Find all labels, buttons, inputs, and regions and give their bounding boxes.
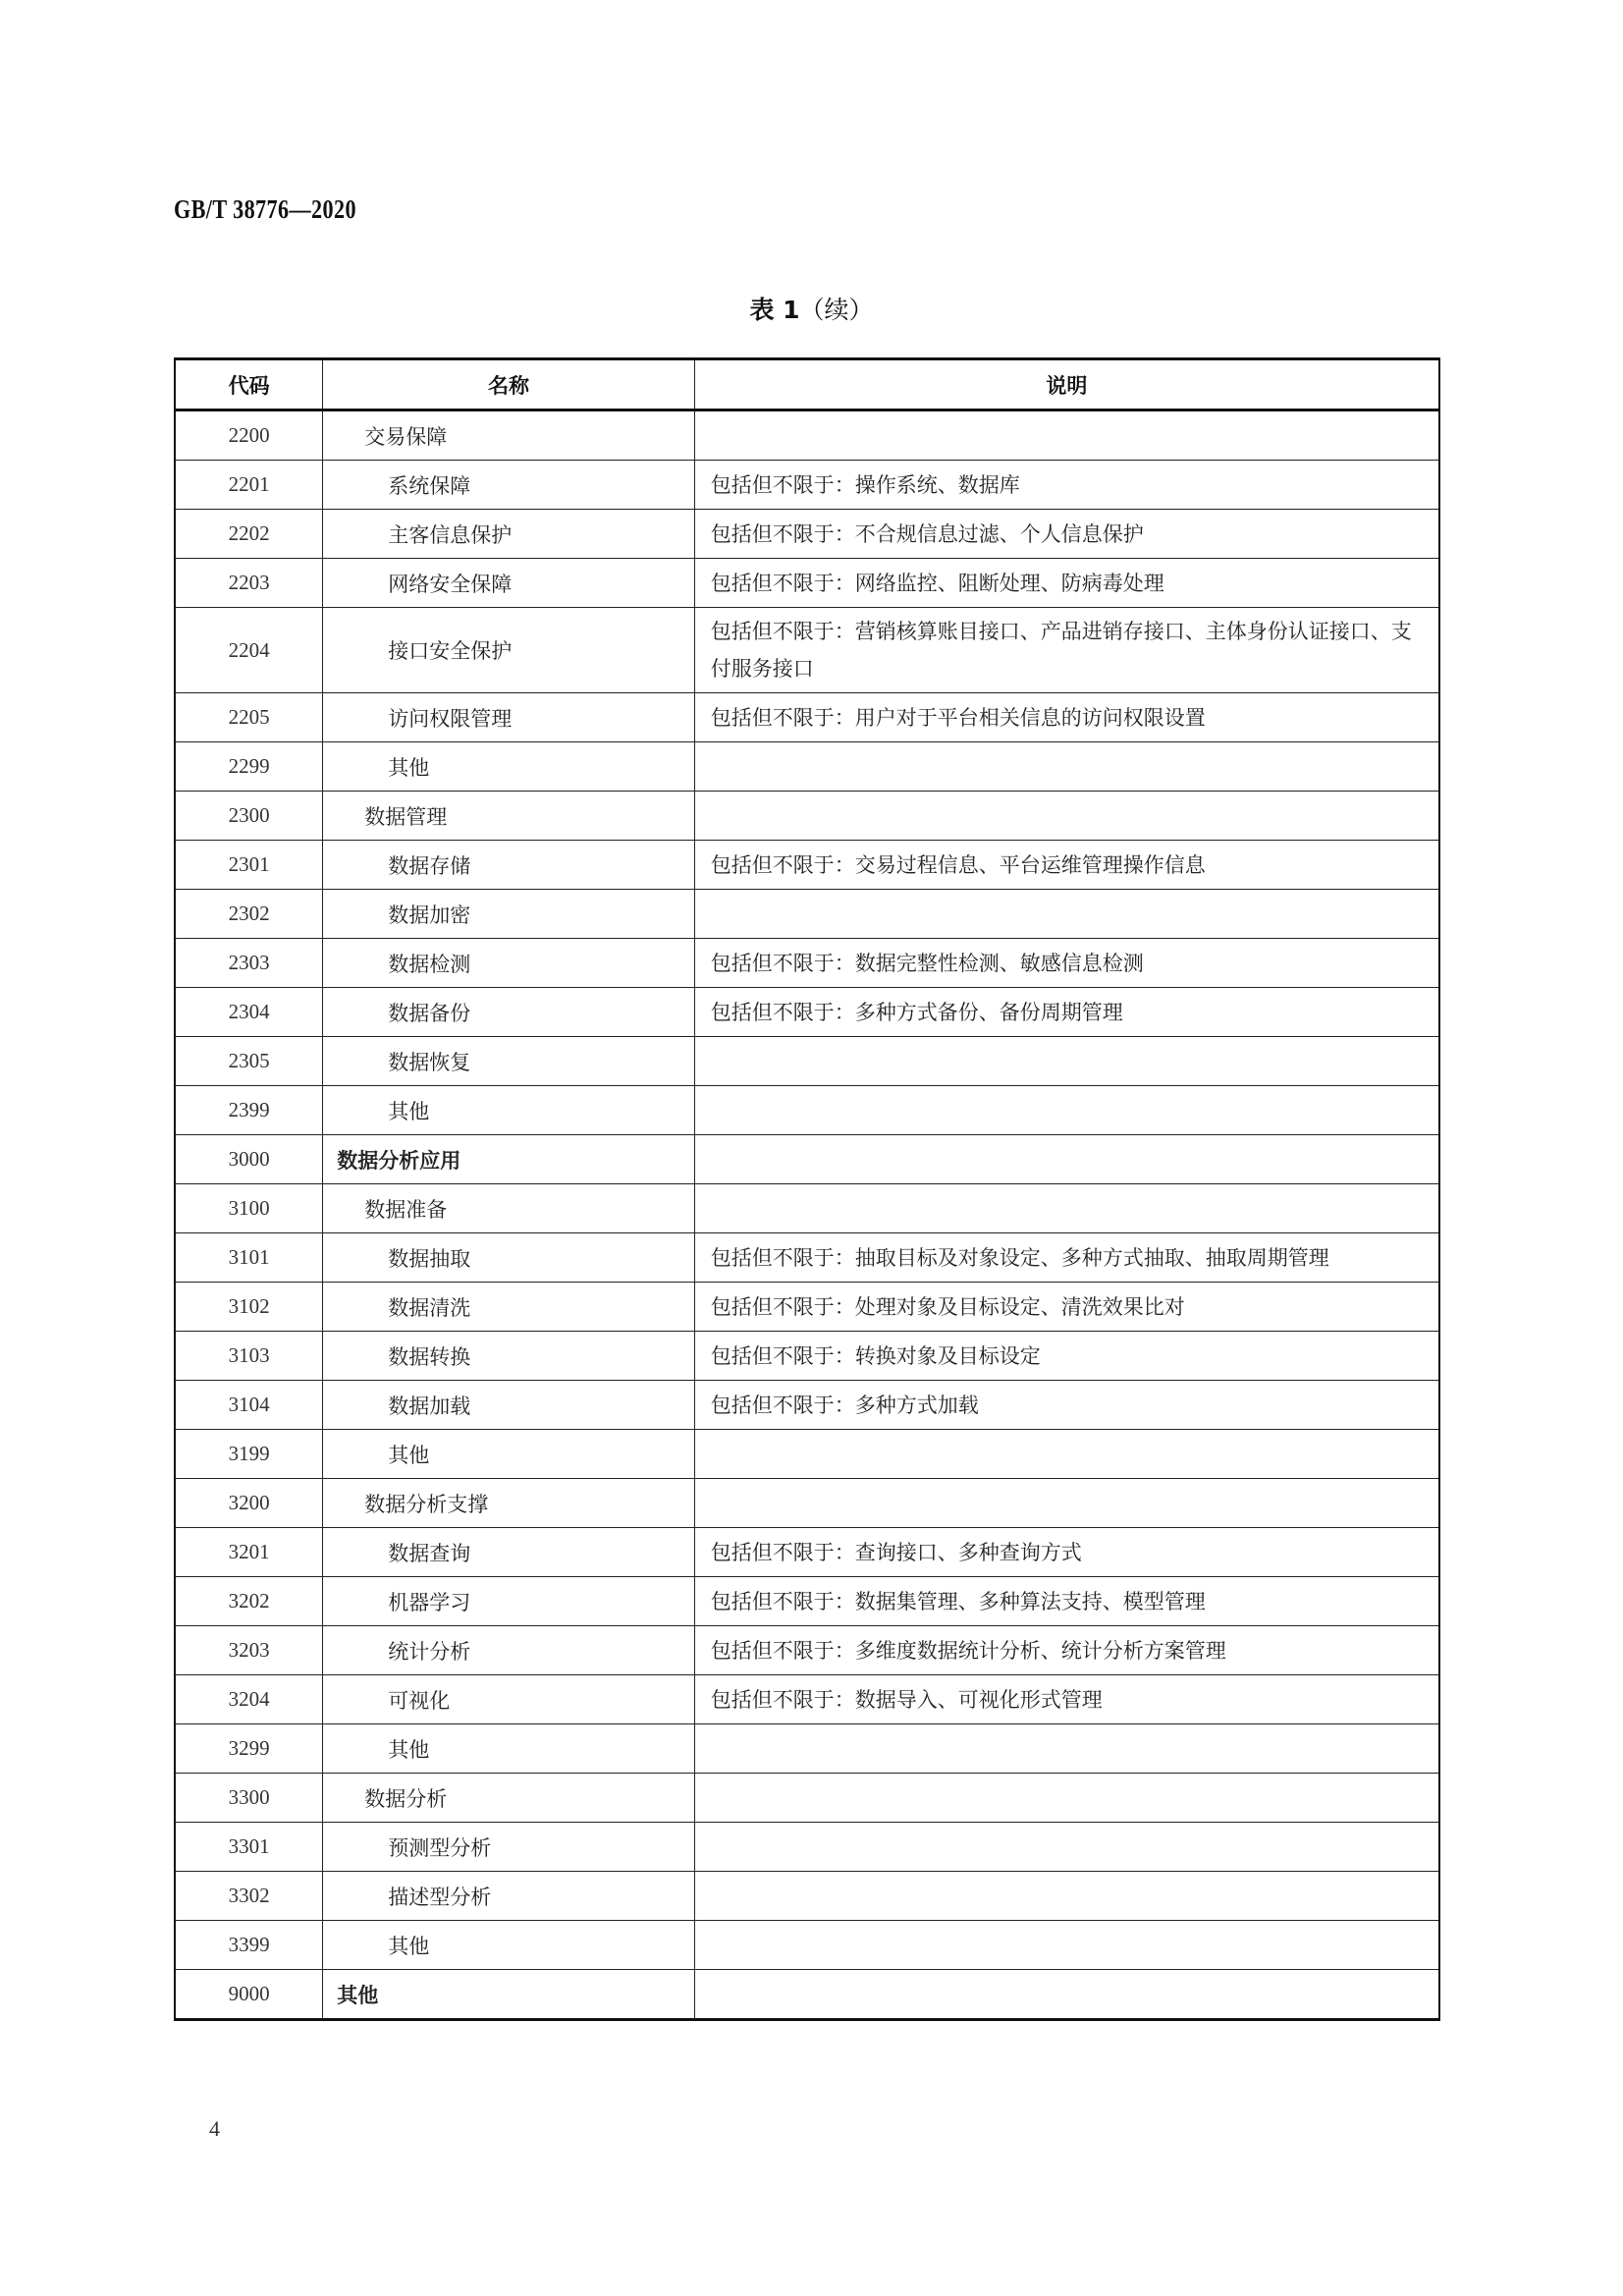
table-row: 3101数据抽取包括但不限于：抽取目标及对象设定、多种方式抽取、抽取周期管理 — [175, 1233, 1439, 1283]
row-description — [694, 1774, 1439, 1823]
table-row: 3100数据准备 — [175, 1184, 1439, 1233]
row-name: 数据分析支撑 — [323, 1479, 694, 1528]
row-description: 包括但不限于：数据导入、可视化形式管理 — [694, 1675, 1439, 1724]
row-description — [694, 742, 1439, 792]
row-name: 其他 — [323, 742, 694, 792]
row-name: 系统保障 — [323, 461, 694, 510]
table-row: 2202主客信息保护包括但不限于：不合规信息过滤、个人信息保护 — [175, 510, 1439, 559]
row-description — [694, 1037, 1439, 1086]
row-code: 2399 — [175, 1086, 323, 1135]
table-row: 3104数据加载包括但不限于：多种方式加载 — [175, 1381, 1439, 1430]
row-name: 数据加载 — [323, 1381, 694, 1430]
column-header-name: 名称 — [323, 359, 694, 410]
row-name: 数据存储 — [323, 841, 694, 890]
row-code: 2200 — [175, 410, 323, 461]
row-code: 3203 — [175, 1626, 323, 1675]
row-name: 描述型分析 — [323, 1872, 694, 1921]
column-header-description: 说明 — [694, 359, 1439, 410]
table-row: 3103数据转换包括但不限于：转换对象及目标设定 — [175, 1332, 1439, 1381]
row-description — [694, 410, 1439, 461]
table-row: 2200交易保障 — [175, 410, 1439, 461]
row-code: 3000 — [175, 1135, 323, 1184]
row-code: 3101 — [175, 1233, 323, 1283]
table-row: 2302数据加密 — [175, 890, 1439, 939]
row-description — [694, 1872, 1439, 1921]
row-description — [694, 1823, 1439, 1872]
row-code: 3302 — [175, 1872, 323, 1921]
table-row: 3299其他 — [175, 1724, 1439, 1774]
table-title-suffix: （续） — [800, 296, 874, 324]
row-code: 2305 — [175, 1037, 323, 1086]
table-title: 表 1（续） — [0, 291, 1623, 326]
row-code: 3100 — [175, 1184, 323, 1233]
row-description — [694, 890, 1439, 939]
row-name: 其他 — [323, 1921, 694, 1970]
table-row: 2300数据管理 — [175, 792, 1439, 841]
row-name: 可视化 — [323, 1675, 694, 1724]
row-description: 包括但不限于：多种方式加载 — [694, 1381, 1439, 1430]
table-row: 2204接口安全保护包括但不限于：营销核算账目接口、产品进销存接口、主体身份认证… — [175, 608, 1439, 693]
row-name: 数据加密 — [323, 890, 694, 939]
row-code: 2204 — [175, 608, 323, 693]
row-name: 接口安全保护 — [323, 608, 694, 693]
table-row: 2299其他 — [175, 742, 1439, 792]
row-name: 数据备份 — [323, 988, 694, 1037]
row-description: 包括但不限于：查询接口、多种查询方式 — [694, 1528, 1439, 1577]
table-row: 3000数据分析应用 — [175, 1135, 1439, 1184]
row-description — [694, 1430, 1439, 1479]
row-code: 3399 — [175, 1921, 323, 1970]
table-row: 3301预测型分析 — [175, 1823, 1439, 1872]
row-name: 机器学习 — [323, 1577, 694, 1626]
row-name: 其他 — [323, 1430, 694, 1479]
column-header-code: 代码 — [175, 359, 323, 410]
row-code: 3300 — [175, 1774, 323, 1823]
row-name: 其他 — [323, 1086, 694, 1135]
row-description: 包括但不限于：数据完整性检测、敏感信息检测 — [694, 939, 1439, 988]
row-name: 数据分析应用 — [323, 1135, 694, 1184]
row-description — [694, 1086, 1439, 1135]
row-name: 数据抽取 — [323, 1233, 694, 1283]
row-description — [694, 1970, 1439, 2020]
table-row: 2303数据检测包括但不限于：数据完整性检测、敏感信息检测 — [175, 939, 1439, 988]
row-name: 数据查询 — [323, 1528, 694, 1577]
row-code: 3104 — [175, 1381, 323, 1430]
table-row: 2305数据恢复 — [175, 1037, 1439, 1086]
row-code: 3201 — [175, 1528, 323, 1577]
table-row: 2304数据备份包括但不限于：多种方式备份、备份周期管理 — [175, 988, 1439, 1037]
row-code: 2205 — [175, 693, 323, 742]
table-row: 3202机器学习包括但不限于：数据集管理、多种算法支持、模型管理 — [175, 1577, 1439, 1626]
row-code: 3204 — [175, 1675, 323, 1724]
row-description: 包括但不限于：转换对象及目标设定 — [694, 1332, 1439, 1381]
table-row: 2201系统保障包括但不限于：操作系统、数据库 — [175, 461, 1439, 510]
row-code: 3199 — [175, 1430, 323, 1479]
row-description — [694, 792, 1439, 841]
row-name: 数据管理 — [323, 792, 694, 841]
row-description: 包括但不限于：处理对象及目标设定、清洗效果比对 — [694, 1283, 1439, 1332]
row-description — [694, 1135, 1439, 1184]
page-number: 4 — [209, 2116, 220, 2142]
row-description: 包括但不限于：抽取目标及对象设定、多种方式抽取、抽取周期管理 — [694, 1233, 1439, 1283]
standard-code: GB/T 38776—2020 — [174, 194, 356, 225]
row-code: 3301 — [175, 1823, 323, 1872]
row-name: 预测型分析 — [323, 1823, 694, 1872]
row-code: 2301 — [175, 841, 323, 890]
row-name: 网络安全保障 — [323, 559, 694, 608]
row-name: 访问权限管理 — [323, 693, 694, 742]
row-code: 3200 — [175, 1479, 323, 1528]
table-row: 3203统计分析包括但不限于：多维度数据统计分析、统计分析方案管理 — [175, 1626, 1439, 1675]
row-name: 其他 — [323, 1724, 694, 1774]
table-row: 3399其他 — [175, 1921, 1439, 1970]
row-description: 包括但不限于：多种方式备份、备份周期管理 — [694, 988, 1439, 1037]
row-name: 数据转换 — [323, 1332, 694, 1381]
row-name: 主客信息保护 — [323, 510, 694, 559]
table-row: 3201数据查询包括但不限于：查询接口、多种查询方式 — [175, 1528, 1439, 1577]
classification-table: 代码 名称 说明 2200交易保障2201系统保障包括但不限于：操作系统、数据库… — [174, 357, 1440, 2021]
row-description — [694, 1921, 1439, 1970]
table-row: 9000其他 — [175, 1970, 1439, 2020]
table-row: 3199其他 — [175, 1430, 1439, 1479]
table-row: 2203网络安全保障包括但不限于：网络监控、阻断处理、防病毒处理 — [175, 559, 1439, 608]
row-code: 9000 — [175, 1970, 323, 2020]
table-title-prefix: 表 1 — [749, 296, 799, 324]
row-code: 2303 — [175, 939, 323, 988]
row-description: 包括但不限于：网络监控、阻断处理、防病毒处理 — [694, 559, 1439, 608]
row-description: 包括但不限于：营销核算账目接口、产品进销存接口、主体身份认证接口、支付服务接口 — [694, 608, 1439, 693]
table-row: 2399其他 — [175, 1086, 1439, 1135]
row-description: 包括但不限于：不合规信息过滤、个人信息保护 — [694, 510, 1439, 559]
row-code: 3202 — [175, 1577, 323, 1626]
row-name: 数据清洗 — [323, 1283, 694, 1332]
row-name: 其他 — [323, 1970, 694, 2020]
row-name: 交易保障 — [323, 410, 694, 461]
table-row: 3300数据分析 — [175, 1774, 1439, 1823]
row-description: 包括但不限于：用户对于平台相关信息的访问权限设置 — [694, 693, 1439, 742]
table-header-row: 代码 名称 说明 — [175, 359, 1439, 410]
row-code: 3299 — [175, 1724, 323, 1774]
row-name: 数据准备 — [323, 1184, 694, 1233]
row-code: 2203 — [175, 559, 323, 608]
row-code: 2201 — [175, 461, 323, 510]
row-name: 统计分析 — [323, 1626, 694, 1675]
table-row: 2301数据存储包括但不限于：交易过程信息、平台运维管理操作信息 — [175, 841, 1439, 890]
row-code: 3103 — [175, 1332, 323, 1381]
row-name: 数据恢复 — [323, 1037, 694, 1086]
table-row: 3302描述型分析 — [175, 1872, 1439, 1921]
row-name: 数据检测 — [323, 939, 694, 988]
row-description: 包括但不限于：多维度数据统计分析、统计分析方案管理 — [694, 1626, 1439, 1675]
row-code: 2202 — [175, 510, 323, 559]
table-row: 3102数据清洗包括但不限于：处理对象及目标设定、清洗效果比对 — [175, 1283, 1439, 1332]
table-row: 2205访问权限管理包括但不限于：用户对于平台相关信息的访问权限设置 — [175, 693, 1439, 742]
row-description — [694, 1184, 1439, 1233]
row-description — [694, 1724, 1439, 1774]
row-code: 2302 — [175, 890, 323, 939]
table-row: 3204可视化包括但不限于：数据导入、可视化形式管理 — [175, 1675, 1439, 1724]
row-code: 2299 — [175, 742, 323, 792]
table-row: 3200数据分析支撑 — [175, 1479, 1439, 1528]
row-description: 包括但不限于：数据集管理、多种算法支持、模型管理 — [694, 1577, 1439, 1626]
row-code: 2300 — [175, 792, 323, 841]
row-name: 数据分析 — [323, 1774, 694, 1823]
row-code: 2304 — [175, 988, 323, 1037]
row-description — [694, 1479, 1439, 1528]
row-code: 3102 — [175, 1283, 323, 1332]
row-description: 包括但不限于：交易过程信息、平台运维管理操作信息 — [694, 841, 1439, 890]
row-description: 包括但不限于：操作系统、数据库 — [694, 461, 1439, 510]
